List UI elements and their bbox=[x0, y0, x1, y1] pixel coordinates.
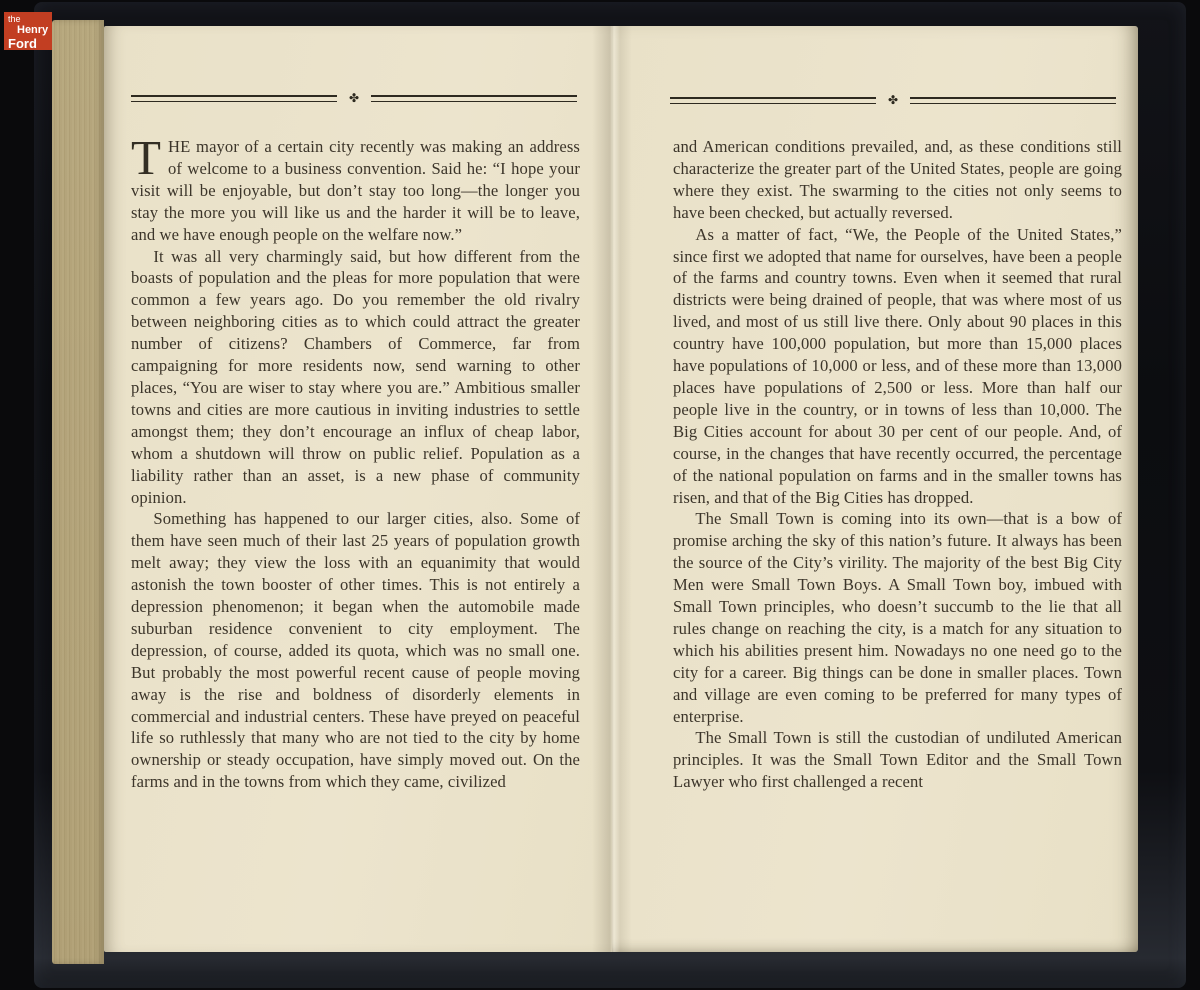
book-photograph: ✤ ✤ THE mayor of a certain city recently… bbox=[0, 0, 1200, 990]
paragraph: Something has happened to our larger cit… bbox=[131, 508, 580, 793]
drop-cap: T bbox=[131, 136, 168, 177]
opening-paragraph-text: HE mayor of a certain city recently was … bbox=[131, 137, 580, 244]
opening-paragraph: THE mayor of a certain city recently was… bbox=[131, 136, 580, 246]
right-page-text: and American conditions prevailed, and, … bbox=[673, 136, 1122, 793]
rule-line bbox=[910, 97, 1116, 104]
rule-line bbox=[371, 95, 577, 102]
quatrefoil-ornament-icon: ✤ bbox=[888, 94, 898, 106]
paragraph: The Small Town is coming into its own—th… bbox=[673, 508, 1122, 727]
rule-line bbox=[131, 95, 337, 102]
paragraph: The Small Town is still the custodian of… bbox=[673, 727, 1122, 793]
paragraph: It was all very charmingly said, but how… bbox=[131, 246, 580, 509]
paragraph: As a matter of fact, “We, the People of … bbox=[673, 224, 1122, 509]
left-page-header-rule: ✤ bbox=[131, 92, 577, 104]
logo-ford: Ford bbox=[8, 37, 52, 50]
right-page-header-rule: ✤ bbox=[670, 94, 1116, 106]
quatrefoil-ornament-icon: ✤ bbox=[349, 92, 359, 104]
henry-ford-logo: the Henry Ford bbox=[4, 12, 52, 50]
logo-the: the bbox=[8, 15, 52, 24]
logo-henry: Henry bbox=[17, 25, 52, 36]
continuation-paragraph: and American conditions prevailed, and, … bbox=[673, 136, 1122, 224]
left-page-text: THE mayor of a certain city recently was… bbox=[131, 136, 580, 793]
rule-line bbox=[670, 97, 876, 104]
page-block-fore-edge bbox=[52, 20, 104, 964]
